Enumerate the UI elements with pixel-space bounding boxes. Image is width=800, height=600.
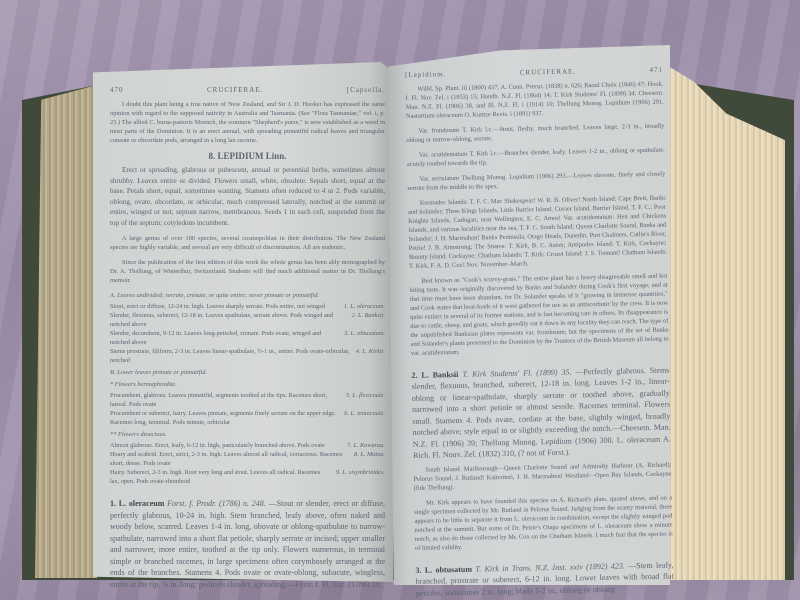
key-row: Almost glabrous. Erect, leafy, 6-12 in. … [110, 441, 385, 450]
key-subheading: * Flowers hermaphrodite. [110, 380, 385, 389]
species-name: 3. L. obtusatum [415, 564, 472, 574]
species-locality: South Island: Marlborough—Queen Charlott… [413, 460, 672, 492]
species-description: —Stout or slender, erect or diffuse, per… [110, 499, 385, 589]
variety: Var. acutidentatum T. Kirk l.c.—Branches… [407, 145, 665, 168]
species-note: Best known as "Cook's scurvy-grass." The… [409, 271, 669, 357]
localities: Kermadec Islands: T. F. C. Mac Shakespea… [408, 193, 667, 270]
running-genus: [Lepidium. [405, 69, 447, 80]
variety: Var. frondosum T. Kirk l.c.—Stout, flesh… [406, 121, 664, 144]
species-entry: 2. L. Banksii T. Kirk Students' Fl. (189… [411, 364, 671, 461]
species-name: 1. L. oleraceum [110, 499, 164, 508]
species-citation: T. Kirk in Trans. N.Z. Inst. xxiv (1892)… [475, 561, 625, 573]
running-title: CRUCIFERAE. [207, 85, 263, 96]
key-row: Slender, flexuous, suberect, 12-18 in. L… [110, 311, 385, 329]
right-page-text: [Lepidium. CRUCIFERAE. 471 Willd. Sp. Pl… [405, 65, 674, 599]
key-row: Slender, decumbent, 9-12 in. Leaves long… [110, 329, 385, 347]
key-row: Hoary and scabrid. Erect, strict, 2-3 in… [110, 450, 385, 468]
species-entry: 3. L. obtusatum T. Kirk in Trans. N.Z. I… [415, 559, 674, 599]
species-note: Mr. Kirk appears to have founded this sp… [414, 493, 673, 552]
page-edges-left [35, 85, 97, 578]
key-row: Procumbent or suberect, hairy. Leaves pi… [110, 409, 385, 427]
left-page-text: 470 CRUCIFERAE. [Capsella. I doubt this … [110, 85, 385, 590]
species-name: 2. L. Banksii [411, 369, 458, 379]
page-number: 470 [110, 85, 124, 96]
key-row: Stout, erect or diffuse, 12-24 in. high.… [110, 302, 385, 311]
citations: Willd. Sp. Plant. iii (1800) 437; A. Cun… [405, 79, 664, 120]
key-row: Procumbent, glabrous. Leaves pinnatifid,… [110, 391, 385, 409]
genus-description: Erect or spreading, glabrous or pubescen… [110, 165, 385, 228]
species-citation: T. Kirk Students' Fl. (1899) 35. [462, 367, 571, 378]
running-genus: [Capsella. [347, 85, 385, 96]
species-entry: 1. L. oleraceum Forst. f. Prodr. (1786) … [110, 498, 385, 590]
key-row: Hairy. Suberect, 2-3 in. high. Root very… [110, 468, 385, 486]
left-running-head: 470 CRUCIFERAE. [Capsella. [110, 85, 385, 96]
genus-note: A large genus of over 100 species, sever… [110, 234, 385, 252]
species-description: —Perfectly glabrous. Stems slender, flex… [412, 365, 671, 460]
monograph-note: Since the publication of the first editi… [110, 258, 385, 285]
species-citation: Forst. f. Prodr. (1786) n. 248. [167, 499, 266, 508]
key-subheading: ** Flowers dioecious. [110, 430, 385, 439]
key-row: Stems prostrate, filiform, 2-3 in. Leave… [110, 347, 385, 365]
key-heading-b: B. Lower leaves pinnate or pinnatifid. [110, 368, 385, 377]
key-heading-a: A. Leaves undivided; serrate, crenate, o… [110, 291, 385, 300]
variety: Var. serrulatum Thellung Monog. Lepidium… [407, 169, 665, 192]
page-number: 471 [649, 65, 663, 76]
genus-heading: 8. LEPIDIUM Linn. [110, 151, 385, 162]
intro-paragraph: I doubt this plant being a true native o… [110, 100, 385, 145]
running-title: CRUCIFERAE. [520, 66, 577, 78]
